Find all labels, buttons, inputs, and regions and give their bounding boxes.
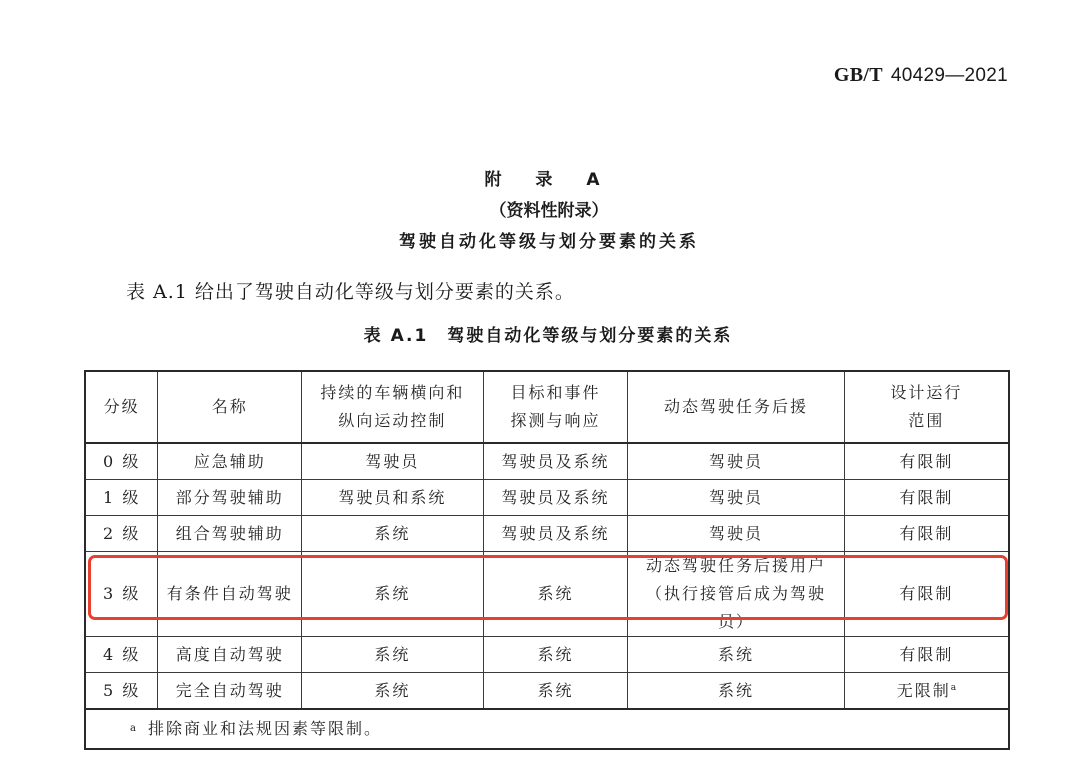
header-oedr: 目标和事件探测与响应 [483, 371, 628, 443]
standard-code: GB/T40429—2021 [834, 64, 1008, 87]
appendix-title: 附 录 A [0, 165, 1080, 196]
cell-name: 应急辅助 [158, 443, 302, 480]
cell-name: 组合驾驶辅助 [158, 516, 302, 552]
cell-motion-control: 系统 [302, 673, 484, 710]
cell-fallback: 驾驶员 [628, 480, 845, 516]
cell-fallback: 系统 [628, 637, 845, 673]
footnote-mark: a [130, 723, 138, 734]
header-name: 名称 [158, 371, 302, 443]
table-footnote: a排除商业和法规因素等限制。 [85, 709, 1009, 749]
cell-level: 1 级 [85, 480, 158, 516]
cell-fallback: 动态驾驶任务后援用户（执行接管后成为驾驶员） [628, 552, 845, 637]
footnote-text: 排除商业和法规因素等限制。 [148, 719, 382, 738]
cell-motion-control: 系统 [302, 552, 484, 637]
header-level: 分级 [85, 371, 158, 443]
appendix-heading: 驾驶自动化等级与划分要素的关系 [0, 227, 1080, 258]
intro-paragraph: 表 A.1 给出了驾驶自动化等级与划分要素的关系。 [126, 277, 575, 304]
cell-oedr: 系统 [483, 552, 628, 637]
cell-fallback: 驾驶员 [628, 443, 845, 480]
header-fallback: 动态驾驶任务后援 [628, 371, 845, 443]
cell-name: 完全自动驾驶 [158, 673, 302, 710]
cell-level: 5 级 [85, 673, 158, 710]
appendix-heading-block: 附 录 A （资料性附录） 驾驶自动化等级与划分要素的关系 [0, 165, 1080, 258]
cell-level: 0 级 [85, 443, 158, 480]
table-row-level-2: 2 级 组合驾驶辅助 系统 驾驶员及系统 驾驶员 有限制 [85, 516, 1009, 552]
cell-motion-control: 驾驶员 [302, 443, 484, 480]
cell-oedr: 系统 [483, 637, 628, 673]
header-motion-control: 持续的车辆横向和纵向运动控制 [302, 371, 484, 443]
appendix-subtitle: （资料性附录） [0, 196, 1080, 227]
cell-odd: 有限制 [844, 552, 1009, 637]
table-row-level-5: 5 级 完全自动驾驶 系统 系统 系统 无限制a [85, 673, 1009, 710]
cell-motion-control: 系统 [302, 637, 484, 673]
cell-level: 3 级 [85, 552, 158, 637]
standard-prefix: GB/T [834, 64, 883, 86]
standard-number: 40429—2021 [891, 65, 1008, 86]
cell-fallback: 系统 [628, 673, 845, 710]
table-row-level-3: 3 级 有条件自动驾驶 系统 系统 动态驾驶任务后援用户（执行接管后成为驾驶员）… [85, 552, 1009, 637]
cell-oedr: 系统 [483, 673, 628, 710]
cell-level: 2 级 [85, 516, 158, 552]
table-row-level-0: 0 级 应急辅助 驾驶员 驾驶员及系统 驾驶员 有限制 [85, 443, 1009, 480]
cell-motion-control: 系统 [302, 516, 484, 552]
table-row-level-4: 4 级 高度自动驾驶 系统 系统 系统 有限制 [85, 637, 1009, 673]
automation-levels-table: 分级 名称 持续的车辆横向和纵向运动控制 目标和事件探测与响应 动态驾驶任务后援… [84, 370, 1010, 750]
cell-name: 部分驾驶辅助 [158, 480, 302, 516]
cell-oedr: 驾驶员及系统 [483, 516, 628, 552]
cell-odd: 无限制a [844, 673, 1009, 710]
header-odd: 设计运行范围 [844, 371, 1009, 443]
table-header-row: 分级 名称 持续的车辆横向和纵向运动控制 目标和事件探测与响应 动态驾驶任务后援… [85, 371, 1009, 443]
cell-odd: 有限制 [844, 516, 1009, 552]
cell-oedr: 驾驶员及系统 [483, 480, 628, 516]
cell-odd: 有限制 [844, 637, 1009, 673]
cell-level: 4 级 [85, 637, 158, 673]
table-row-level-1: 1 级 部分驾驶辅助 驾驶员和系统 驾驶员及系统 驾驶员 有限制 [85, 480, 1009, 516]
cell-name: 有条件自动驾驶 [158, 552, 302, 637]
table-footnote-row: a排除商业和法规因素等限制。 [85, 709, 1009, 749]
cell-odd: 有限制 [844, 443, 1009, 480]
table-caption: 表 A.1 驾驶自动化等级与划分要素的关系 [0, 321, 1080, 346]
footnote-reference: a [951, 683, 956, 693]
cell-fallback: 驾驶员 [628, 516, 845, 552]
cell-motion-control: 驾驶员和系统 [302, 480, 484, 516]
cell-odd: 有限制 [844, 480, 1009, 516]
cell-oedr: 驾驶员及系统 [483, 443, 628, 480]
cell-name: 高度自动驾驶 [158, 637, 302, 673]
